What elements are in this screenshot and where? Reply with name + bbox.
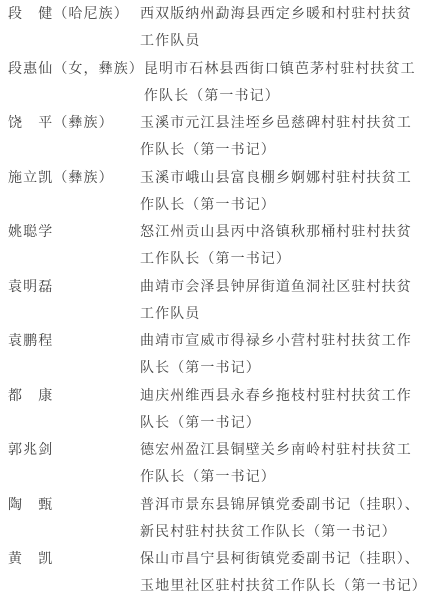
person-name: 段 健: [8, 7, 53, 22]
position-line: 曲靖市宣威市得禄乡小营村驻村扶贫工作: [140, 328, 426, 355]
entry-position: 玉溪市峨山县富良棚乡婀娜村驻村扶贫工作队长（第一书记）: [140, 165, 426, 220]
entry-list: 段 健（哈尼族） 西双版纳州勐海县西定乡暖和村驻村扶贫工作队员 段惠仙（女，彝族…: [8, 1, 426, 600]
person-name-cell: 郭兆剑: [8, 437, 140, 464]
position-line: 昆明市石林县西街口镇芭茅村驻村扶贫工: [144, 56, 426, 83]
list-item: 段 健（哈尼族） 西双版纳州勐海县西定乡暖和村驻村扶贫工作队员: [8, 1, 426, 56]
position-line: 作队长（第一书记）: [140, 137, 426, 164]
person-name-cell: 陶 甄: [8, 492, 140, 519]
entry-position: 怒江州贡山县丙中洛镇秋那桶村驻村扶贫工作队长（第一书记）: [140, 219, 426, 274]
position-line: 作队长（第一书记）: [144, 83, 426, 110]
list-item: 施立凯（彝族） 玉溪市峨山县富良棚乡婀娜村驻村扶贫工作队长（第一书记）: [8, 165, 426, 220]
person-name-cell: 都 康: [8, 383, 140, 410]
person-name-cell: 袁明磊: [8, 274, 140, 301]
ethnic-annotation: （彝族）: [53, 116, 113, 131]
list-item: 段惠仙（女，彝族） 昆明市石林县西街口镇芭茅村驻村扶贫工作队长（第一书记）: [8, 56, 426, 111]
person-name: 陶 甄: [8, 498, 53, 513]
ethnic-annotation: （女，彝族）: [53, 62, 144, 77]
ethnic-annotation: （彝族）: [53, 171, 113, 186]
position-line: 队长（第一书记）: [140, 355, 426, 382]
entry-position: 玉溪市元江县洼垤乡邑慈碑村驻村扶贫工作队长（第一书记）: [140, 110, 426, 165]
person-name-cell: 黄 凯: [8, 546, 140, 573]
commendation-list-page: 段 健（哈尼族） 西双版纳州勐海县西定乡暖和村驻村扶贫工作队员 段惠仙（女，彝族…: [0, 0, 426, 600]
entry-position: 保山市昌宁县柯街镇党委副书记（挂职）、玉地里社区驻村扶贫工作队长（第一书记）: [140, 546, 426, 600]
person-name-cell: 段惠仙（女，彝族）: [8, 56, 144, 83]
person-name: 袁鹏程: [8, 334, 53, 349]
position-line: 玉溪市元江县洼垤乡邑慈碑村驻村扶贫工: [140, 110, 426, 137]
list-item: 都 康 迪庆州维西县永春乡拖枝村驻村扶贫工作队长（第一书记）: [8, 383, 426, 438]
list-item: 郭兆剑 德宏州盈江县铜壁关乡南岭村驻村扶贫工作队长（第一书记）: [8, 437, 426, 492]
person-name: 袁明磊: [8, 280, 53, 295]
position-line: 玉地里社区驻村扶贫工作队长（第一书记）: [140, 573, 426, 600]
position-line: 工作队长（第一书记）: [140, 246, 426, 273]
person-name-cell: 饶 平（彝族）: [8, 110, 140, 137]
list-item: 饶 平（彝族） 玉溪市元江县洼垤乡邑慈碑村驻村扶贫工作队长（第一书记）: [8, 110, 426, 165]
entry-position: 昆明市石林县西街口镇芭茅村驻村扶贫工作队长（第一书记）: [144, 56, 426, 111]
person-name: 黄 凯: [8, 552, 53, 567]
person-name: 郭兆剑: [8, 443, 53, 458]
position-line: 队长（第一书记）: [140, 410, 426, 437]
position-line: 工作队员: [140, 301, 426, 328]
person-name: 段惠仙: [8, 62, 53, 77]
list-item: 黄 凯 保山市昌宁县柯街镇党委副书记（挂职）、玉地里社区驻村扶贫工作队长（第一书…: [8, 546, 426, 600]
position-line: 西双版纳州勐海县西定乡暖和村驻村扶贫: [140, 1, 426, 28]
position-line: 迪庆州维西县永春乡拖枝村驻村扶贫工作: [140, 383, 426, 410]
entry-position: 普洱市景东县锦屏镇党委副书记（挂职）、新民村驻村扶贫工作队长（第一书记）: [140, 492, 426, 547]
person-name: 施立凯: [8, 171, 53, 186]
position-line: 作队长（第一书记）: [140, 192, 426, 219]
position-line: 新民村驻村扶贫工作队长（第一书记）: [140, 519, 426, 546]
person-name: 都 康: [8, 389, 53, 404]
list-item: 陶 甄 普洱市景东县锦屏镇党委副书记（挂职）、新民村驻村扶贫工作队长（第一书记）: [8, 492, 426, 547]
position-line: 玉溪市峨山县富良棚乡婀娜村驻村扶贫工: [140, 165, 426, 192]
entry-position: 曲靖市宣威市得禄乡小营村驻村扶贫工作队长（第一书记）: [140, 328, 426, 383]
person-name-cell: 姚聪学: [8, 219, 140, 246]
list-item: 姚聪学 怒江州贡山县丙中洛镇秋那桶村驻村扶贫工作队长（第一书记）: [8, 219, 426, 274]
position-line: 德宏州盈江县铜壁关乡南岭村驻村扶贫工: [140, 437, 426, 464]
position-line: 保山市昌宁县柯街镇党委副书记（挂职）、: [140, 546, 426, 573]
person-name: 姚聪学: [8, 225, 53, 240]
entry-position: 德宏州盈江县铜壁关乡南岭村驻村扶贫工作队长（第一书记）: [140, 437, 426, 492]
person-name-cell: 段 健（哈尼族）: [8, 1, 140, 28]
entry-position: 曲靖市会泽县钟屏街道鱼洞社区驻村扶贫工作队员: [140, 274, 426, 329]
entry-position: 迪庆州维西县永春乡拖枝村驻村扶贫工作队长（第一书记）: [140, 383, 426, 438]
entry-position: 西双版纳州勐海县西定乡暖和村驻村扶贫工作队员: [140, 1, 426, 56]
person-name-cell: 施立凯（彝族）: [8, 165, 140, 192]
position-line: 曲靖市会泽县钟屏街道鱼洞社区驻村扶贫: [140, 274, 426, 301]
person-name: 饶 平: [8, 116, 53, 131]
position-line: 作队长（第一书记）: [140, 464, 426, 491]
person-name-cell: 袁鹏程: [8, 328, 140, 355]
list-item: 袁明磊 曲靖市会泽县钟屏街道鱼洞社区驻村扶贫工作队员: [8, 274, 426, 329]
ethnic-annotation: （哈尼族）: [53, 7, 129, 22]
position-line: 普洱市景东县锦屏镇党委副书记（挂职）、: [140, 492, 426, 519]
position-line: 工作队员: [140, 28, 426, 55]
list-item: 袁鹏程 曲靖市宣威市得禄乡小营村驻村扶贫工作队长（第一书记）: [8, 328, 426, 383]
position-line: 怒江州贡山县丙中洛镇秋那桶村驻村扶贫: [140, 219, 426, 246]
